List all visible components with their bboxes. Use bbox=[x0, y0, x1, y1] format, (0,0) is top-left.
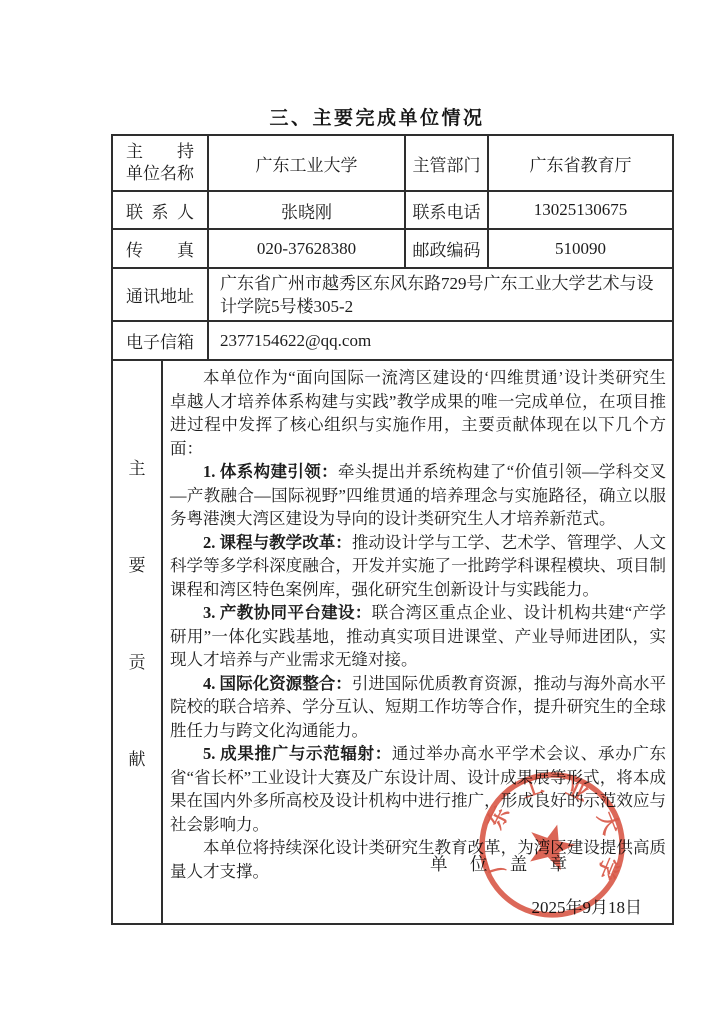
table-row: 传真 020-37628380 邮政编码 510090 bbox=[112, 229, 673, 268]
host-unit-value: 广东工业大学 bbox=[208, 135, 405, 191]
contribution-label-char: 要 bbox=[129, 551, 146, 576]
phone-value: 13025130675 bbox=[488, 191, 673, 229]
email-value: 2377154622@qq.com bbox=[208, 321, 673, 360]
table-row: 电子信箱 2377154622@qq.com bbox=[112, 321, 673, 360]
paragraph-text: 本单位将持续深化设计类研究生教育改革，为湾区建设提供高质量人才支撑。 bbox=[170, 838, 666, 881]
host-unit-label-line1: 主持 bbox=[126, 141, 194, 163]
address-value: 广东省广州市越秀区东风东路729号广东工业大学艺术与设计学院5号楼305-2 bbox=[208, 268, 673, 321]
seal-caption: 单 位 盖 章 bbox=[430, 853, 576, 877]
table-row: 联系人 张晓刚 联系电话 13025130675 bbox=[112, 191, 673, 229]
dept-value: 广东省教育厅 bbox=[488, 135, 673, 191]
table-row: 主 要 贡 献 本单位作为“面向国际一流湾区建设的‘四维贯通’设计类研究生卓越人… bbox=[112, 360, 673, 924]
dept-label: 主管部门 bbox=[405, 135, 488, 191]
page-title: 三、主要完成单位情况 bbox=[97, 103, 657, 130]
paragraph-lead: 3. 产教协同平台建设： bbox=[203, 603, 372, 622]
contribution-body: 本单位作为“面向国际一流湾区建设的‘四维贯通’设计类研究生卓越人才培养体系构建与… bbox=[162, 360, 673, 924]
unit-info-table: 主持 单位名称 广东工业大学 主管部门 广东省教育厅 联系人 张晓刚 联系电话 … bbox=[111, 134, 674, 925]
contribution-paragraph: 本单位作为“面向国际一流湾区建设的‘四维贯通’设计类研究生卓越人才培养体系构建与… bbox=[170, 366, 666, 460]
fax-value: 020-37628380 bbox=[208, 229, 405, 268]
table-row: 主持 单位名称 广东工业大学 主管部门 广东省教育厅 bbox=[112, 135, 673, 191]
contribution-label-stack: 主 要 贡 献 bbox=[113, 454, 161, 830]
contribution-label-char: 贡 bbox=[129, 648, 146, 673]
contact-value: 张晓刚 bbox=[208, 191, 405, 229]
paragraph-lead: 2. 课程与教学改革： bbox=[203, 533, 352, 552]
contribution-paragraph: 5. 成果推广与示范辐射：通过举办高水平学术会议、承办广东省“省长杯”工业设计大… bbox=[170, 742, 666, 836]
scanned-form-page: { "document": { "title": "三、主要完成单位情况" },… bbox=[0, 0, 724, 1024]
contribution-paragraph: 3. 产教协同平台建设：联合湾区重点企业、设计机构共建“产学研用”一体化实践基地… bbox=[170, 601, 666, 672]
contribution-label-char: 主 bbox=[129, 454, 146, 479]
host-unit-label: 主持 单位名称 bbox=[112, 135, 208, 191]
paragraph-lead: 5. 成果推广与示范辐射： bbox=[203, 744, 392, 763]
paragraph-lead: 4. 国际化资源整合： bbox=[203, 674, 352, 693]
phone-label: 联系电话 bbox=[405, 191, 488, 229]
fax-label: 传真 bbox=[112, 229, 208, 268]
host-unit-label-line2: 单位名称 bbox=[126, 163, 194, 185]
paragraph-lead: 1. 体系构建引领： bbox=[203, 462, 338, 481]
paragraph-text: 本单位作为“面向国际一流湾区建设的‘四维贯通’设计类研究生卓越人才培养体系构建与… bbox=[170, 368, 666, 458]
contact-label: 联系人 bbox=[112, 191, 208, 229]
zip-label: 邮政编码 bbox=[405, 229, 488, 268]
contribution-paragraph: 2. 课程与教学改革：推动设计学与工学、艺术学、管理学、人文科学等多学科深度融合… bbox=[170, 531, 666, 602]
table-row: 通讯地址 广东省广州市越秀区东风东路729号广东工业大学艺术与设计学院5号楼30… bbox=[112, 268, 673, 321]
email-label: 电子信箱 bbox=[112, 321, 208, 360]
contribution-label: 主 要 贡 献 bbox=[112, 360, 162, 924]
contribution-paragraph: 1. 体系构建引领：牵头提出并系统构建了“价值引领—学科交叉—产教融合—国际视野… bbox=[170, 460, 666, 531]
contribution-paragraph: 本单位将持续深化设计类研究生教育改革，为湾区建设提供高质量人才支撑。 bbox=[170, 836, 666, 883]
zip-value: 510090 bbox=[488, 229, 673, 268]
contribution-paragraph: 4. 国际化资源整合：引进国际优质教育资源，推动与海外高水平院校的联合培养、学分… bbox=[170, 672, 666, 743]
signature-date: 2025年9月18日 bbox=[532, 896, 643, 920]
contribution-label-char: 献 bbox=[129, 745, 146, 770]
address-label: 通讯地址 bbox=[112, 268, 208, 321]
